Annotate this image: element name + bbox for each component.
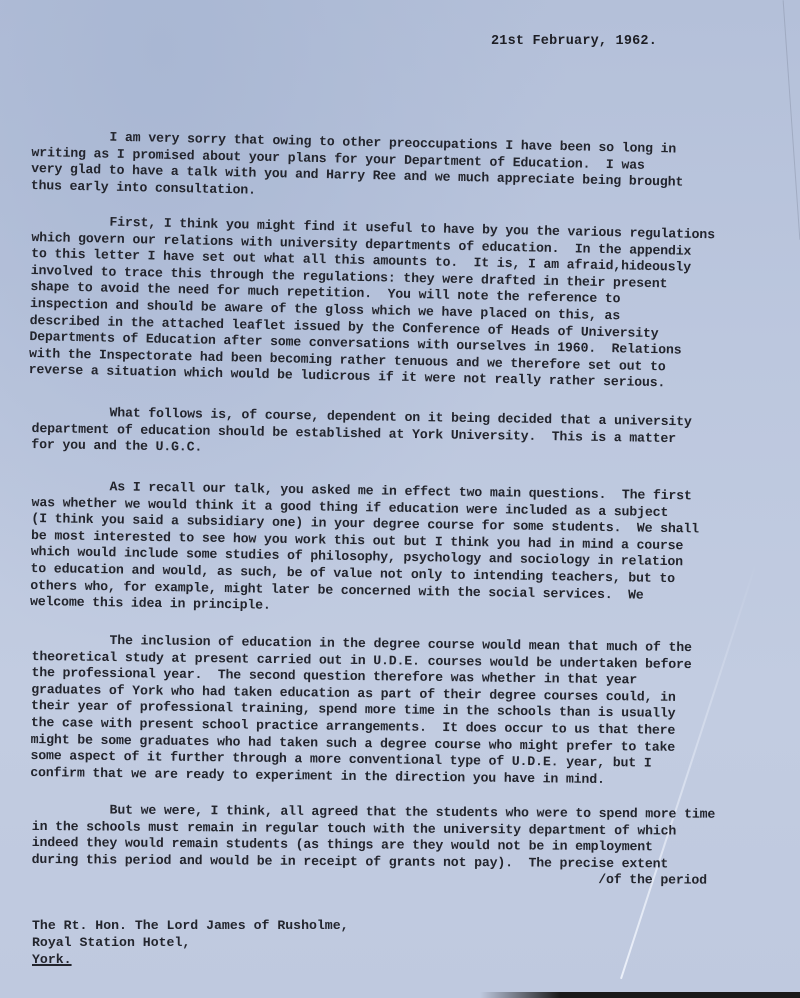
letter-date: 21st February, 1962. bbox=[491, 34, 657, 49]
page-bottom-edge bbox=[0, 992, 800, 998]
paragraph-4: As I recall our talk, you asked me in ef… bbox=[30, 478, 772, 622]
recipient-name: The Rt. Hon. The Lord James of Rusholme, bbox=[32, 917, 349, 934]
letter-page: 21st February, 1962. I am very sorry tha… bbox=[0, 0, 800, 998]
paragraph-1: I am very sorry that owing to other preo… bbox=[31, 128, 772, 210]
paragraph-5: The inclusion of education in the degree… bbox=[30, 632, 772, 790]
recipient-location: Royal Station Hotel, bbox=[32, 934, 349, 951]
paragraph-6: But we were, I think, all agreed that th… bbox=[31, 802, 772, 890]
recipient-city: York. bbox=[32, 951, 349, 968]
recipient-address: The Rt. Hon. The Lord James of Rusholme,… bbox=[32, 917, 349, 968]
paragraph-3: What follows is, of course, dependent on… bbox=[31, 404, 772, 465]
paper-crease bbox=[783, 0, 800, 239]
paragraph-2: First, I think you might find it useful … bbox=[29, 213, 772, 394]
